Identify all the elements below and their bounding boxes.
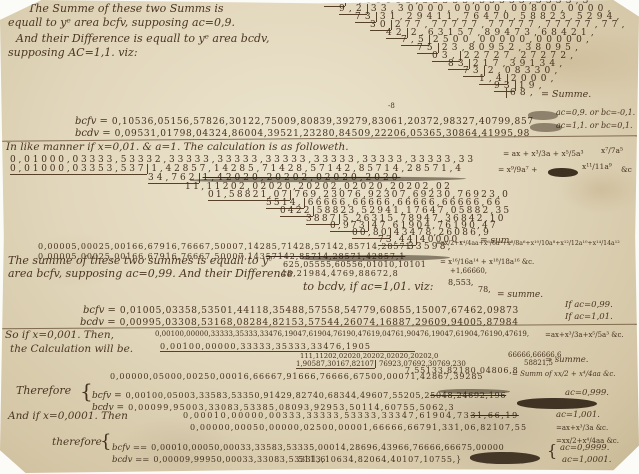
summe-label: = Summe. (541, 90, 591, 100)
ink-blot (528, 111, 558, 120)
bcdv-wrap-row: 5113,10634,82064,40107,10755,} (298, 456, 462, 464)
summe-label-3: = summe. (545, 356, 589, 365)
row-tail: 68, (506, 88, 537, 98)
ink-blot (548, 168, 578, 177)
manuscript-paper: The Summe of these two Summs is equall t… (0, 0, 639, 474)
ink-redaction-blot (470, 452, 540, 464)
calc4-intro: And if x=0,0001. Then (8, 411, 128, 422)
ac-note-1: ac=0,9999. (560, 444, 609, 453)
series-annotation-1: = ax + x³/3a + x⁵/5a³ (503, 150, 584, 158)
half-series-annotation: =xx/2+x⁴/4aa+x⁶/6a⁴+x⁸/8a⁶+x¹⁰/10a⁸+x¹²/… (436, 241, 620, 248)
rowA-struck: 31,66,19 (470, 411, 518, 420)
row-head: 1,90587,30167,82107 (296, 360, 375, 369)
sum-row: 68, (506, 89, 537, 98)
calc3-intro1: So if x=0,001. Then, (5, 330, 114, 341)
scribble-blot (438, 389, 510, 394)
series-annotation-2b: x¹¹/11a⁹ (582, 163, 612, 171)
calc2-intro: In like manner if x=0,01. & a=1. The cal… (6, 142, 349, 153)
calc3-half-row: 0,00000,05000,00250,00016,66667,91666,76… (110, 373, 483, 381)
paragraph1-line4: supposing AC=1,1. viz: (8, 47, 138, 59)
calc3-intro2: the Calculation will be. (10, 344, 133, 355)
row-head: 0,01000,03353,537 (10, 164, 147, 175)
therefore-label-2: therefore (52, 437, 102, 448)
newton-manuscript-scan: { "colors": {"paper":"#e2d7bc","paper_ed… (0, 0, 639, 474)
half-series-row1: 0,00005,00025,00166,67916,76667,50007,14… (38, 243, 411, 251)
calc4-rowA: 0,00010,00000,00333,33333,53333,33347,61… (183, 412, 519, 420)
half-series-row7: 78, (478, 286, 491, 294)
paragraph1-line2: equall to yᵉ area bcfv, supposing ac=0,9… (8, 17, 235, 29)
bcfv-margin-note: ac=0,9. or bc=-0,1. (556, 109, 635, 117)
paragraph2-line1: The summe of these two summes is equall … (8, 255, 272, 267)
series-annotation-1b: x⁷/7a⁵ (601, 147, 623, 155)
curly-brace: { (80, 381, 93, 402)
bcdv-margin-note: ac=1,001. (556, 411, 600, 420)
calc4-annotationB: =ax+x³/3a &c. (556, 425, 608, 432)
half-series-row4: 48,21984,4769,88672,8 (281, 270, 399, 278)
bcdv-margin-note: ac=1,1. or bc=0,1. (556, 122, 633, 130)
series-annotation-2c: &c (621, 166, 632, 174)
bcdv-label: bcdv = (80, 317, 120, 328)
ink-blot (530, 123, 562, 132)
curly-brace: { (547, 443, 557, 460)
calc3-half-annotation: = Summ of xx/2 + x⁴/4aa &c. (512, 371, 615, 378)
half-series-row5: +1,66660, (450, 268, 487, 275)
series-annotation-2: = x⁹/9a⁷ + (498, 166, 537, 174)
curly-brace: { (100, 433, 111, 452)
rowA-digits: 0,00010,00000,00333,33333,53333,33347,61… (183, 411, 470, 420)
ac-note-2: ac=1,0001. (562, 456, 611, 465)
half-series-row6: 8,553, (448, 279, 473, 287)
paragraph1-line3: And their Difference is equall to yᵉ are… (16, 33, 269, 45)
paragraph1-line1: The Summe of these two Summs is (28, 3, 224, 15)
bcdv-margin-note: If ac=1,01. (565, 313, 613, 322)
calc3-annotation1: =ax+x³/3a+x⁵/5a³ &c. (545, 332, 624, 339)
bcfv-margin-note: If ac=0,99. (565, 301, 613, 310)
calc3-row1: 0,00100,00000,33333,35333,33476,19047,61… (155, 331, 529, 338)
ink-redaction-blot (517, 398, 597, 409)
calc3-row2: 0,00100,00000,33333,35333,33476,1905 (160, 343, 415, 352)
paragraph2-line2: area bcfv, supposing ac=0,99. And their … (8, 268, 293, 280)
bcfv-margin-note: ac=0,999. (565, 389, 609, 398)
bcdv-label: bcdv = (75, 128, 115, 139)
bcdv-line4: bcdv ==0,00009,99950,00033,33083,53331,6 (112, 449, 326, 466)
therefore-label: Therefore (16, 385, 71, 397)
paragraph2-line3: to bcdv, if ac=1,01. viz: (303, 281, 433, 293)
calc4-rowB: 0,00000,00050,00000,02500,00001,66666,66… (190, 424, 527, 432)
tail-series-annotation: = x¹⁶/16a¹⁴ + x¹⁸/18a¹⁶ &c. (440, 259, 534, 266)
bcdv-label: bcdv == (112, 455, 153, 465)
carry-note: -8 (388, 103, 395, 110)
